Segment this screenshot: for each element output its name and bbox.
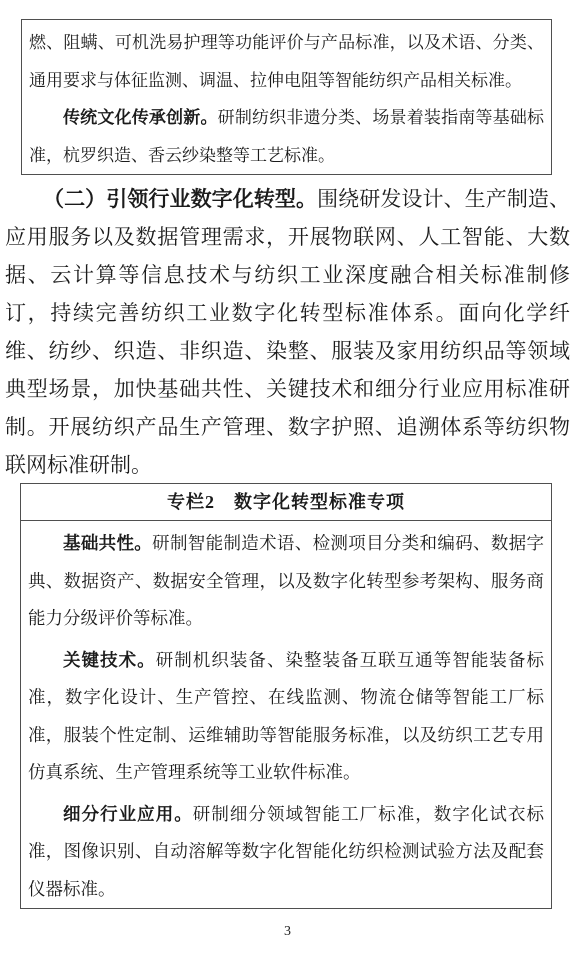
box2-title: 专栏2 数字化转型标准专项 <box>21 484 551 521</box>
section-2-heading: （二）引领行业数字化转型。 <box>43 187 317 211</box>
callout-box-top: 燃、阻螨、可机洗易护理等功能评价与产品标准，以及术语、分类、通用要求与体征监测、… <box>21 19 552 175</box>
box2-content: 基础共性。研制智能制造术语、检测项目分类和编码、数据字典、数据资产、数据安全管理… <box>21 521 551 908</box>
box1-paragraph-continuation: 燃、阻螨、可机洗易护理等功能评价与产品标准，以及术语、分类、通用要求与体征监测、… <box>29 24 544 99</box>
box2-paragraph-key-tech-lead: 关键技术。 <box>63 650 156 670</box>
box1-heritage-lead: 传统文化传承创新。 <box>63 108 218 127</box>
box2-paragraph-segment-apps: 细分行业应用。研制细分领域智能工厂标准，数字化试衣标准，图像识别、自动溶解等数字… <box>28 796 544 909</box>
box2-paragraph-key-tech: 关键技术。研制机织装备、染整装备互联互通等智能装备标准，数字化设计、生产管控、在… <box>28 642 544 792</box>
document-page: 燃、阻螨、可机洗易护理等功能评价与产品标准，以及术语、分类、通用要求与体征监测、… <box>0 0 575 955</box>
page-number: 3 <box>0 924 575 940</box>
section-2-paragraph: （二）引领行业数字化转型。围绕研发设计、生产制造、应用服务以及数据管理需求，开展… <box>5 180 570 484</box>
box2-paragraph-basic-common: 基础共性。研制智能制造术语、检测项目分类和编码、数据字典、数据资产、数据安全管理… <box>28 525 544 638</box>
box2-paragraph-segment-apps-lead: 细分行业应用。 <box>63 804 193 824</box>
callout-box-2: 专栏2 数字化转型标准专项 基础共性。研制智能制造术语、检测项目分类和编码、数据… <box>20 483 552 909</box>
section-2-body-text: 围绕研发设计、生产制造、应用服务以及数据管理需求，开展物联网、人工智能、大数据、… <box>5 187 570 477</box>
box1-paragraph-heritage: 传统文化传承创新。研制纺织非遗分类、场景着装指南等基础标准，杭罗织造、香云纱染整… <box>29 99 544 174</box>
box2-paragraph-basic-common-lead: 基础共性。 <box>63 533 152 553</box>
